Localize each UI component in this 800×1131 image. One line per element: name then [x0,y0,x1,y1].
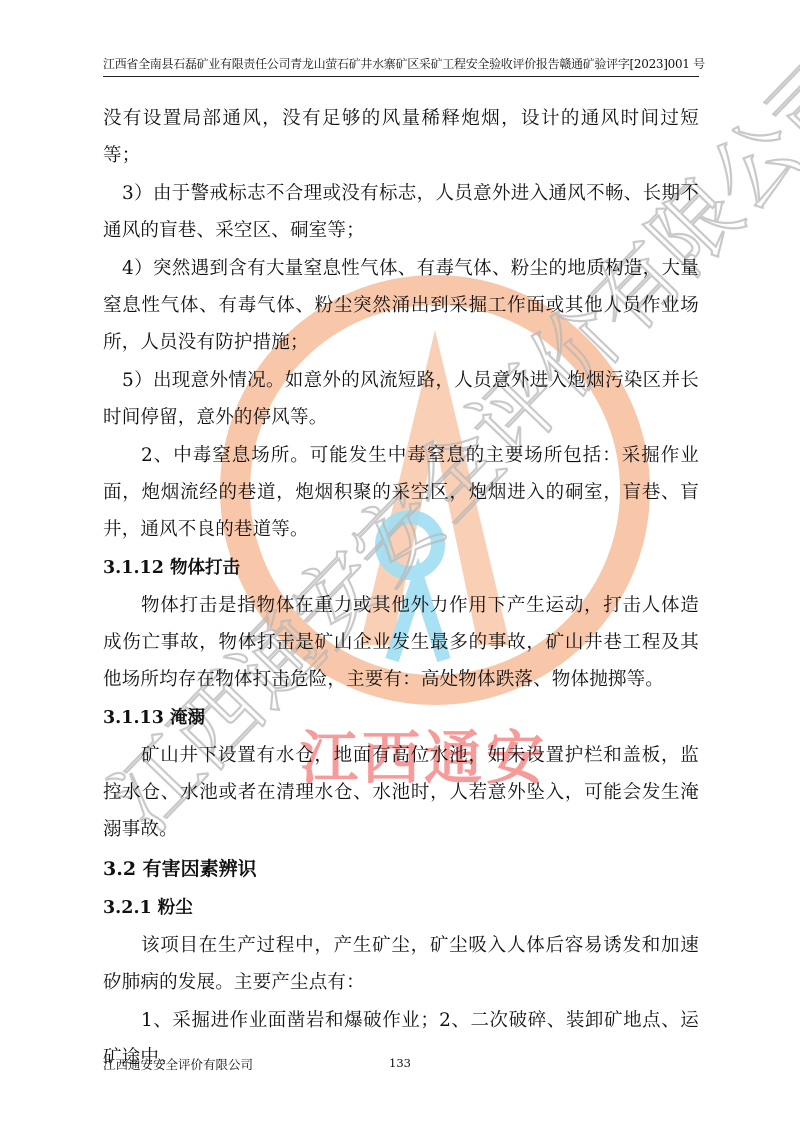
page-header: 江西省全南县石磊矿业有限责任公司青龙山萤石矿井水寨矿区采矿工程安全验收评价报告 … [103,56,699,77]
section-heading: 3.2 有害因素辨识 [103,850,699,888]
report-number: 赣通矿验评字[2023]001 号 [559,56,705,72]
footer-company: 江西通安安全评价有限公司 [103,1057,253,1073]
paragraph: 没有设置局部通风，没有足够的风量稀释炮烟，设计的通风时间过短等； [103,100,699,174]
paragraph: 4）突然遇到含有大量窒息性气体、有毒气体、粉尘的地质构造，大量窒息性气体、有毒气… [103,250,699,361]
page-number: 133 [389,1055,411,1071]
paragraph: 物体打击是指物体在重力或其他外力作用下产生运动，打击人体造成伤亡事故，物体打击是… [103,587,699,698]
section-heading: 3.2.1 粉尘 [103,890,699,927]
paragraph: 该项目在生产过程中，产生矿尘，矿尘吸入人体后容易诱发和加速矽肺病的发展。主要产尘… [103,927,699,1001]
report-title: 江西省全南县石磊矿业有限责任公司青龙山萤石矿井水寨矿区采矿工程安全验收评价报告 [103,56,559,72]
paragraph: 矿山井下设置有水仓，地面有高位水池，如未设置护栏和盖板，监控水仓、水池或者在清理… [103,737,699,848]
section-heading: 3.1.13 淹溺 [103,700,699,737]
paragraph: 3）由于警戒标志不合理或没有标志，人员意外进入通风不畅、长期不通风的盲巷、采空区… [103,175,699,249]
section-heading: 3.1.12 物体打击 [103,550,699,587]
paragraph: 5）出现意外情况。如意外的风流短路，人员意外进入炮烟污染区并长时间停留，意外的停… [103,362,699,436]
paragraph: 2、中毒窒息场所。可能发生中毒窒息的主要场所包括：采掘作业面，炮烟流经的巷道，炮… [103,437,699,548]
document-body: 没有设置局部通风，没有足够的风量稀释炮烟，设计的通风时间过短等； 3）由于警戒标… [103,100,699,1077]
